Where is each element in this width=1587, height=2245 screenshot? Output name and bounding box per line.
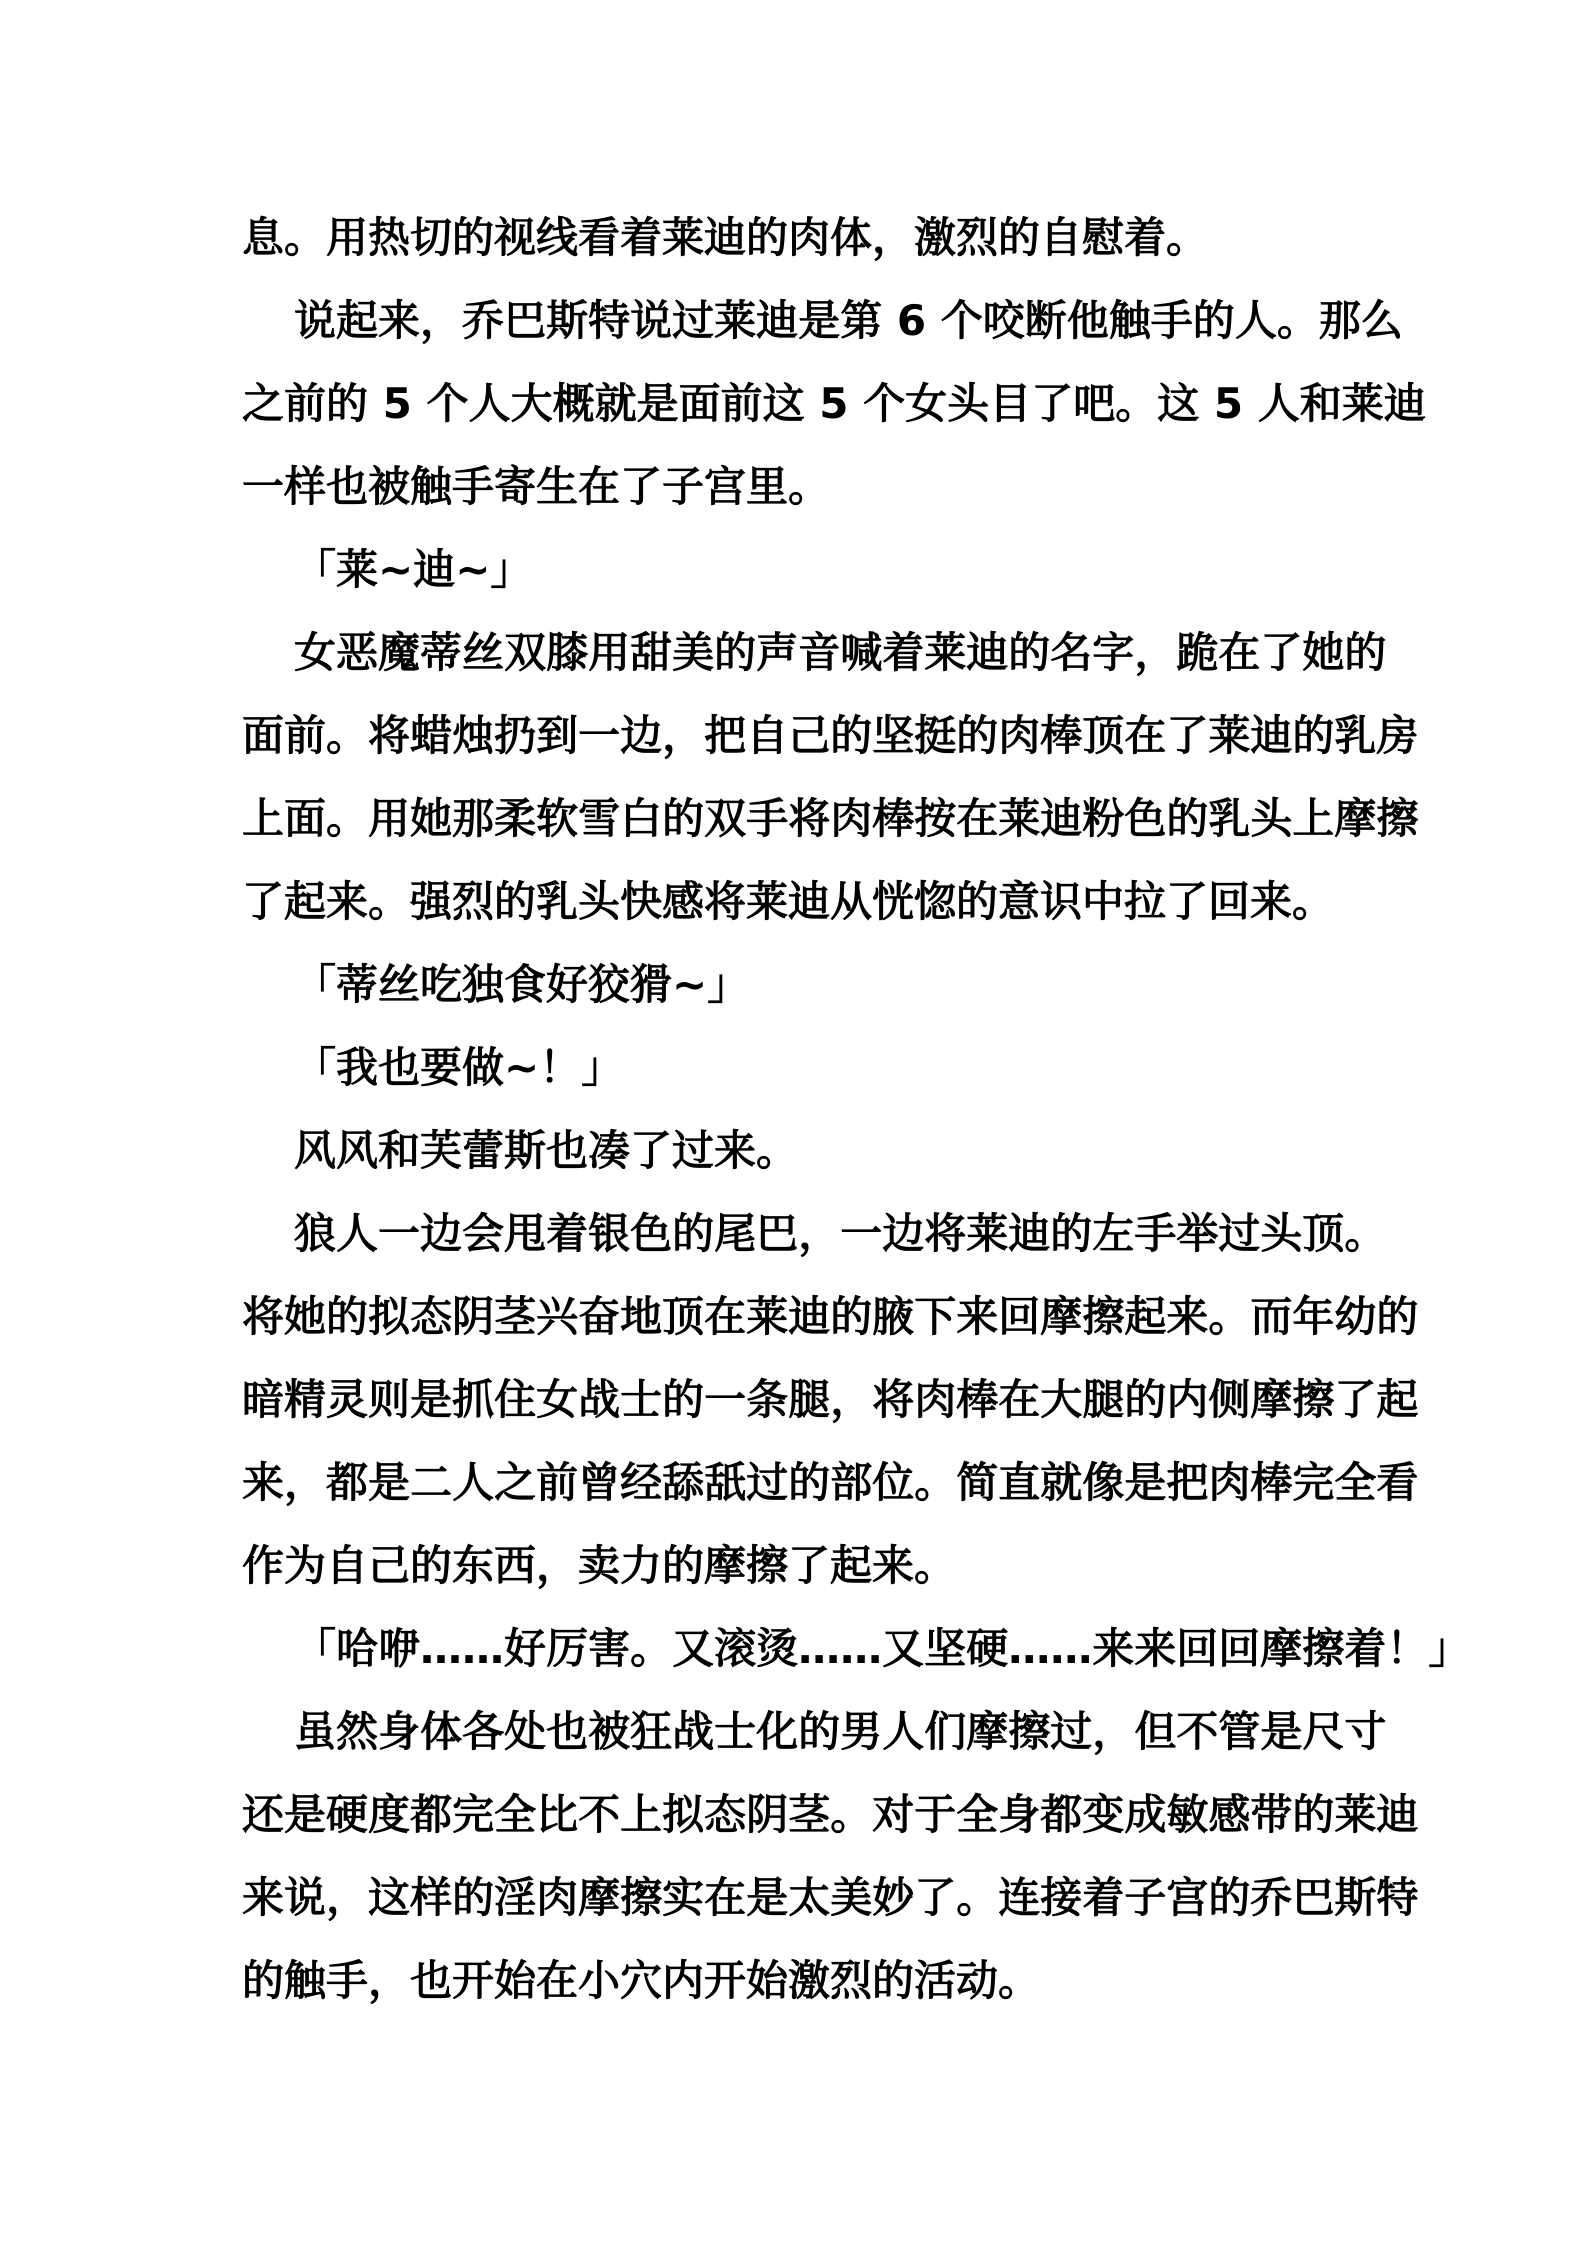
text-line: 来说，这样的淫肉摩擦实在是太美妙了。连接着子宫的乔巴斯特 — [242, 1856, 1345, 1939]
text-line: 息。用热切的视线看着莱迪的肉体，激烈的自慰着。 — [242, 196, 1345, 279]
text-line: 说起来，乔巴斯特说过莱迪是第 6 个咬断他触手的人。那么 — [242, 279, 1345, 362]
text-line: 暗精灵则是抓住女战士的一条腿，将肉棒在大腿的内侧摩擦了起 — [242, 1358, 1345, 1441]
text-line: 之前的 5 个人大概就是面前这 5 个女头目了吧。这 5 人和莱迪 — [242, 362, 1345, 445]
text-line: 将她的拟态阴茎兴奋地顶在莱迪的腋下来回摩擦起来。而年幼的 — [242, 1275, 1345, 1358]
text-line: 女恶魔蒂丝双膝用甜美的声音喊着莱迪的名字，跪在了她的 — [242, 611, 1345, 694]
text-line: 的触手，也开始在小穴内开始激烈的活动。 — [242, 1939, 1345, 2022]
text-line: 虽然身体各处也被狂战士化的男人们摩擦过，但不管是尺寸 — [242, 1690, 1345, 1773]
text-line: 了起来。强烈的乳头快感将莱迪从恍惚的意识中拉了回来。 — [242, 860, 1345, 943]
text-line: 「我也要做~！」 — [242, 1026, 1345, 1109]
text-column: 息。用热切的视线看着莱迪的肉体，激烈的自慰着。说起来，乔巴斯特说过莱迪是第 6 … — [242, 196, 1345, 2022]
text-line: 来，都是二人之前曾经舔舐过的部位。简直就像是把肉棒完全看 — [242, 1441, 1345, 1524]
text-line: 「莱~迪~」 — [242, 528, 1345, 611]
text-line: 狼人一边会甩着银色的尾巴，一边将莱迪的左手举过头顶。 — [242, 1192, 1345, 1275]
text-line: 面前。将蜡烛扔到一边，把自己的坚挺的肉棒顶在了莱迪的乳房 — [242, 694, 1345, 777]
text-line: 风风和芙蕾斯也凑了过来。 — [242, 1109, 1345, 1192]
text-line: 作为自己的东西，卖力的摩擦了起来。 — [242, 1524, 1345, 1607]
text-line: 「蒂丝吃独食好狡猾~」 — [242, 943, 1345, 1026]
text-line: 「哈咿……好厉害。又滚烫……又坚硬……来来回回摩擦着！」 — [242, 1607, 1345, 1690]
text-line: 还是硬度都完全比不上拟态阴茎。对于全身都变成敏感带的莱迪 — [242, 1773, 1345, 1856]
text-line: 一样也被触手寄生在了子宫里。 — [242, 445, 1345, 528]
text-line: 上面。用她那柔软雪白的双手将肉棒按在莱迪粉色的乳头上摩擦 — [242, 777, 1345, 860]
document-page: 息。用热切的视线看着莱迪的肉体，激烈的自慰着。说起来，乔巴斯特说过莱迪是第 6 … — [0, 0, 1587, 2245]
